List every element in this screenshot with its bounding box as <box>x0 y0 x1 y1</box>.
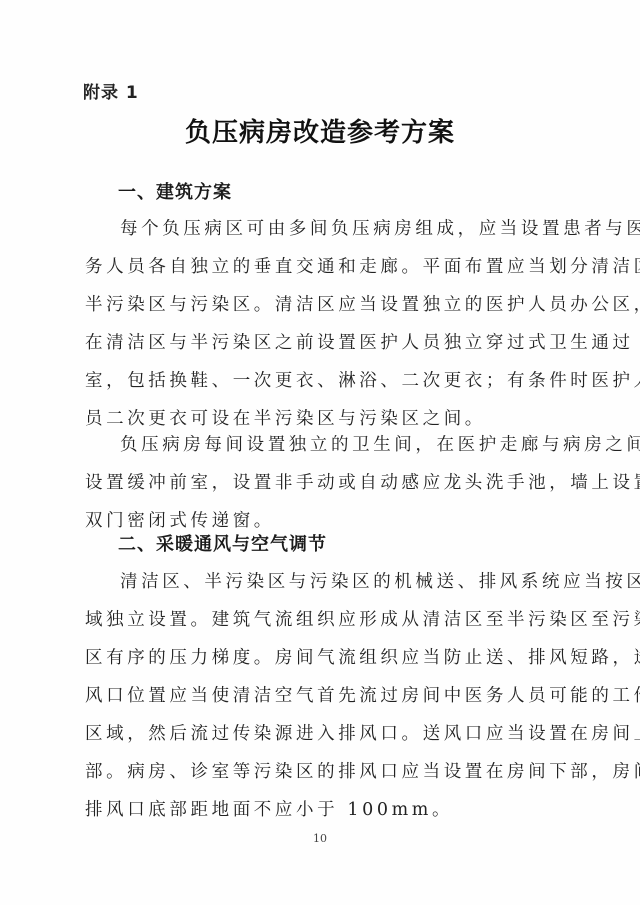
document-title: 负压病房改造参考方案 <box>0 112 640 149</box>
paragraph-architecture-1: 每个负压病区可由多间负压病房组成，应当设置患者与医 务人员各自独立的垂直交通和走… <box>85 210 560 438</box>
text-line: 风口位置应当使清洁空气首先流过房间中医务人员可能的工作 <box>85 677 560 715</box>
paragraph-architecture-2: 负压病房每间设置独立的卫生间，在医护走廊与病房之间 设置缓冲前室，设置非手动或自… <box>85 426 560 540</box>
text-line: 在清洁区与半污染区之前设置医护人员独立穿过式卫生通过 <box>85 324 560 362</box>
text-line: 每个负压病区可由多间负压病房组成，应当设置患者与医 <box>85 210 560 248</box>
page-number: 10 <box>0 832 640 845</box>
section-heading-hvac: 二、采暖通风与空气调节 <box>118 530 327 556</box>
text-line: 清洁区、半污染区与污染区的机械送、排风系统应当按区 <box>85 563 560 601</box>
paragraph-hvac-1: 清洁区、半污染区与污染区的机械送、排风系统应当按区 域独立设置。建筑气流组织应形… <box>85 563 560 829</box>
text-line: 域独立设置。建筑气流组织应形成从清洁区至半污染区至污染 <box>85 601 560 639</box>
text-line: 半污染区与污染区。清洁区应当设置独立的医护人员办公区， <box>85 286 560 324</box>
text-line: 务人员各自独立的垂直交通和走廊。平面布置应当划分清洁区、 <box>85 248 560 286</box>
appendix-label: 附录 1 <box>83 78 139 103</box>
text-line: 室，包括换鞋、一次更衣、淋浴、二次更衣；有条件时医护人 <box>85 362 560 400</box>
section-heading-architecture: 一、建筑方案 <box>118 178 232 204</box>
text-line: 设置缓冲前室，设置非手动或自动感应龙头洗手池，墙上设置 <box>85 464 560 502</box>
text-line: 负压病房每间设置独立的卫生间，在医护走廊与病房之间 <box>85 426 560 464</box>
text-line: 区有序的压力梯度。房间气流组织应当防止送、排风短路，送 <box>85 639 560 677</box>
document-page: 附录 1 负压病房改造参考方案 一、建筑方案 每个负压病区可由多间负压病房组成，… <box>0 0 640 905</box>
text-line: 部。病房、诊室等污染区的排风口应当设置在房间下部，房间 <box>85 753 560 791</box>
text-line: 排风口底部距地面不应小于 100mm。 <box>85 791 560 829</box>
text-line: 区域，然后流过传染源进入排风口。送风口应当设置在房间上 <box>85 715 560 753</box>
